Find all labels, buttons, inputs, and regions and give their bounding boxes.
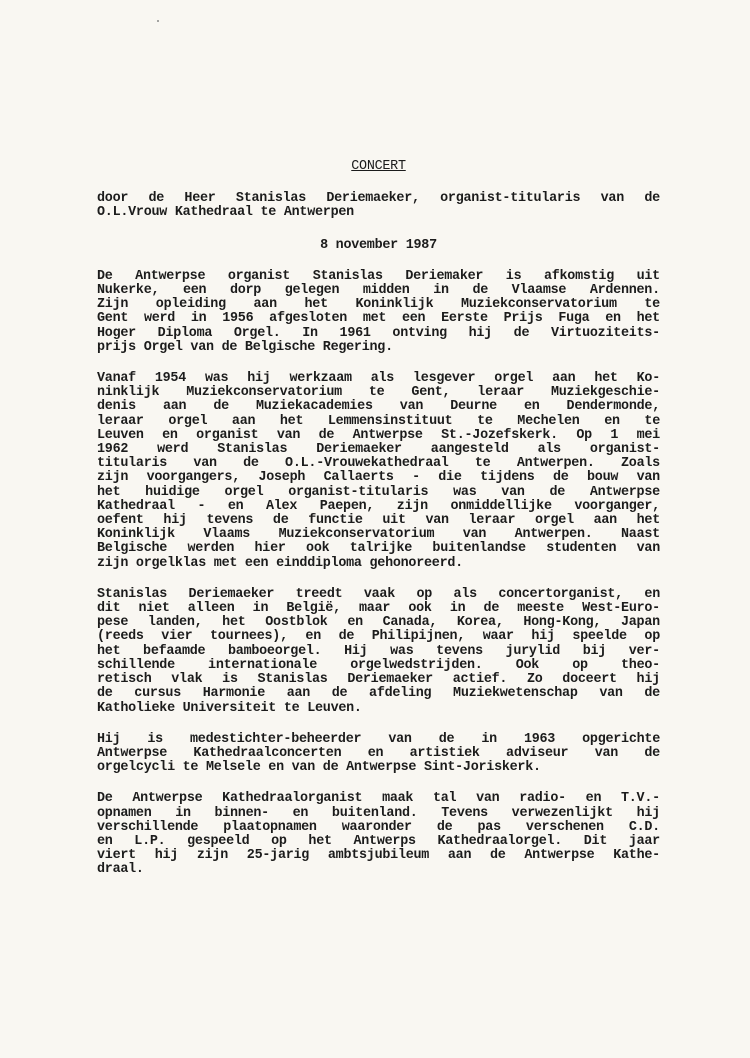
text-line: prijs Orgel van de Belgische Regering. — [97, 341, 660, 355]
text-line: Belgischewerdenhierooktalrijkebuitenland… — [97, 542, 660, 556]
byline: doordeHeerStanislasDeriemaeker,organist-… — [97, 192, 660, 220]
text-line: (reedsviertournees),endePhilipijnen,waar… — [97, 630, 660, 644]
text-line: hetbefaamdebamboeorgel.Hijwastevensjuryl… — [97, 645, 660, 659]
text-line: ninklijkMuziekconservatoriumteGent,leraa… — [97, 386, 660, 400]
text-line: KoninklijkVlaamsMuziekconservatoriumvanA… — [97, 528, 660, 542]
text-line: opnameninbinnen-enbuitenland.Tevensverwe… — [97, 807, 660, 821]
body-text: DeAntwerpseorganistStanislasDeriemakeris… — [97, 270, 660, 878]
text-line: draal. — [97, 863, 660, 877]
text-line: StanislasDeriemaekertreedtvaakopalsconce… — [97, 588, 660, 602]
text-line: zijn orgelklas met een einddiploma gehon… — [97, 557, 660, 571]
byline-line: O.L.Vrouw Kathedraal te Antwerpen — [97, 206, 660, 220]
paragraph: Hijismedestichter-beheerdervandein1963op… — [97, 733, 660, 776]
paragraph: DeAntwerpseKathedraalorganistmaaktalvanr… — [97, 792, 660, 877]
text-line: denisaandeMuziekacademiesvanDeurneenDend… — [97, 400, 660, 414]
text-line: 1962werdStanislasDeriemaekeraangesteldal… — [97, 443, 660, 457]
text-line: Nukerke,eendorpgelegenmiddenindeVlaamseA… — [97, 284, 660, 298]
concert-date: 8 november 1987 — [97, 239, 660, 253]
document-title: CONCERT — [97, 160, 660, 174]
text-line: hethuidigeorgelorganist-titulariswasvand… — [97, 486, 660, 500]
text-line: verschillendeplaatopnamenwaaronderdepasv… — [97, 821, 660, 835]
paragraph: DeAntwerpseorganistStanislasDeriemakeris… — [97, 270, 660, 355]
text-line: AntwerpseKathedraalconcertenenartistieka… — [97, 747, 660, 761]
text-line: DeAntwerpseorganistStanislasDeriemakeris… — [97, 270, 660, 284]
text-line: HogerDiplomaOrgel.In1961ontvinghijdeVirt… — [97, 327, 660, 341]
text-line: oefenthijtevensdefunctieuitvanleraarorge… — [97, 514, 660, 528]
text-line: ZijnopleidingaanhetKoninklijkMuziekconse… — [97, 298, 660, 312]
text-line: titularisvandeO.L.-VrouwekathedraalteAnt… — [97, 457, 660, 471]
text-line: Kathedraal-enAlexPaepen,zijnonmiddellijk… — [97, 500, 660, 514]
text-line: decursusHarmonieaandeafdelingMuziekweten… — [97, 687, 660, 701]
text-line: Vanaf1954washijwerkzaamalslesgeverorgela… — [97, 372, 660, 386]
text-line: Katholieke Universiteit te Leuven. — [97, 702, 660, 716]
paragraph: StanislasDeriemaekertreedtvaakopalsconce… — [97, 588, 660, 716]
text-line: zijnvoorgangers,JosephCallaerts-dietijde… — [97, 471, 660, 485]
text-line: ditnietalleeninBelgië,maarookindemeesteW… — [97, 602, 660, 616]
text-line: schillendeinternationaleorgelwedstrijden… — [97, 659, 660, 673]
text-line: peselanden,hetOostblokenCanada,Korea,Hon… — [97, 616, 660, 630]
text-line: orgelcycli te Melsele en van de Antwerps… — [97, 761, 660, 775]
text-line: Gentwerdin1956afgeslotenmeteenEerstePrij… — [97, 312, 660, 326]
byline-line: doordeHeerStanislasDeriemaeker,organist-… — [97, 192, 660, 206]
text-line: leraarorgelaanhetLemmensinstituutteMeche… — [97, 415, 660, 429]
text-line: retischvlakisStanislasDeriemaekeractief.… — [97, 673, 660, 687]
text-line: vierthijzijn25-jarigambtsjubileumaandeAn… — [97, 849, 660, 863]
text-line: enL.P.gespeeldophetAntwerpsKathedraalorg… — [97, 835, 660, 849]
paper-speck — [157, 20, 159, 22]
paragraph: Vanaf1954washijwerkzaamalslesgeverorgela… — [97, 372, 660, 571]
text-line: Hijismedestichter-beheerdervandein1963op… — [97, 733, 660, 747]
document-page: CONCERT doordeHeerStanislasDeriemaeker,o… — [97, 160, 660, 895]
text-line: LeuvenenorganistvandeAntwerpseSt.-Jozefs… — [97, 429, 660, 443]
text-line: DeAntwerpseKathedraalorganistmaaktalvanr… — [97, 792, 660, 806]
